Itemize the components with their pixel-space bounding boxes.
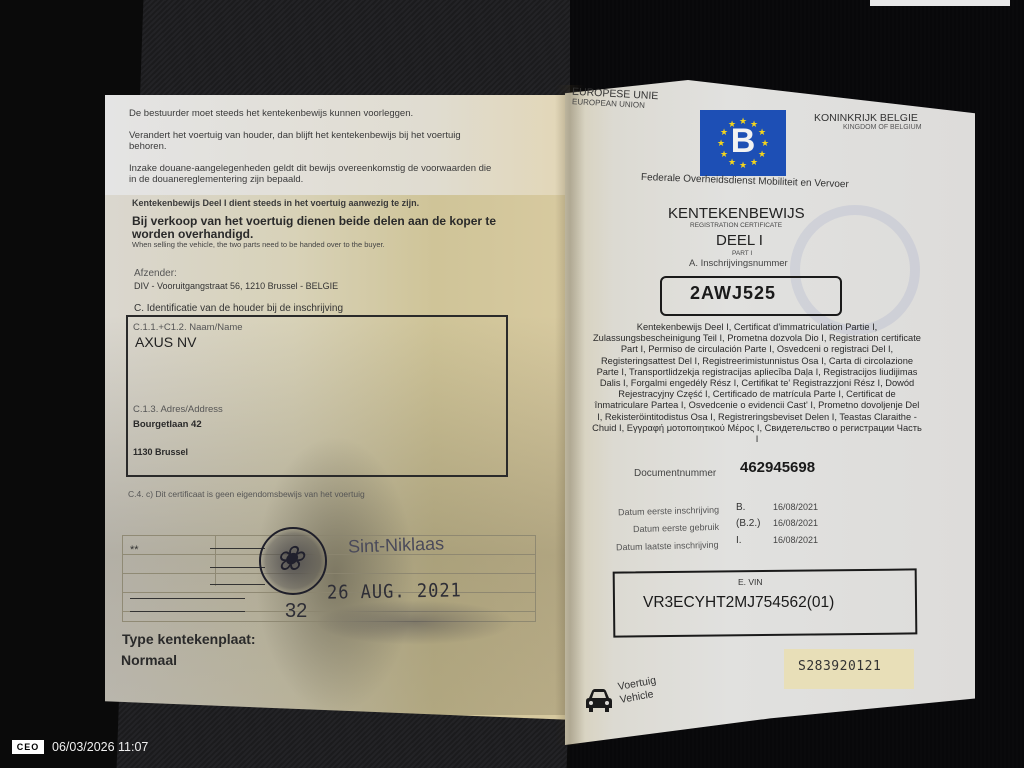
stamp-marker: ** bbox=[130, 544, 139, 556]
camera-timestamp-overlay: CEO 06/03/2026 11:07 bbox=[12, 739, 148, 755]
document-number-label: Documentnummer bbox=[634, 468, 716, 479]
eu-star-icon: ★ bbox=[750, 158, 758, 167]
intro-line: Inzake douane-aangelegenheden geldt dit … bbox=[129, 163, 491, 174]
stamp-smudge bbox=[315, 600, 515, 645]
intro-line: behoren. bbox=[129, 141, 167, 152]
holder-address-label: C.1.3. Adres/Address bbox=[133, 404, 223, 415]
seal-emblem-icon: ❀ bbox=[275, 539, 304, 579]
eu-star-icon: ★ bbox=[728, 158, 736, 167]
eu-star-icon: ★ bbox=[758, 150, 766, 159]
capture-timestamp: 06/03/2026 11:07 bbox=[52, 740, 148, 754]
date-code: I. bbox=[736, 535, 742, 546]
holder-name-value: AXUS NV bbox=[135, 334, 196, 350]
reg-number: 2AWJ525 bbox=[690, 283, 776, 304]
plate-type-label: Type kentekenplaat: bbox=[122, 631, 256, 647]
intro-line: in de douanereglementering zijn bepaald. bbox=[129, 174, 303, 185]
notice-sale-line1: Bij verkoop van het voertuig dienen beid… bbox=[132, 214, 496, 228]
plate-type-value: Normaal bbox=[121, 652, 177, 668]
c4-note: C.4. c) Dit certificaat is geen eigendom… bbox=[128, 489, 365, 499]
holder-address-line2: 1130 Brussel bbox=[133, 447, 188, 457]
date-value: 16/08/2021 bbox=[773, 535, 818, 545]
fold-crease bbox=[555, 85, 585, 745]
official-seal-stamp: ❀ bbox=[259, 527, 327, 595]
notice-sale-en: When selling the vehicle, the two parts … bbox=[132, 240, 385, 249]
document-title: KENTEKENBEWIJS bbox=[668, 205, 805, 222]
vin-number: VR3ECYHT2MJ754562(01) bbox=[643, 594, 834, 612]
intro-line: Verandert het voertuig van houder, dan b… bbox=[129, 130, 461, 141]
country-code: B bbox=[700, 122, 786, 161]
document-part: DEEL I bbox=[716, 232, 763, 249]
notice-keep-in-vehicle: Kentekenbewijs Deel I dient steeds in he… bbox=[132, 198, 419, 208]
stamp-city: Sint-Niklaas bbox=[348, 533, 445, 557]
vin-label: E. VIN bbox=[738, 577, 763, 587]
date-code: B. bbox=[736, 502, 745, 513]
multilanguage-title-block: Kentekenbewijs Deel I, Certificat d'imma… bbox=[592, 322, 922, 445]
date-value: 16/08/2021 bbox=[773, 502, 818, 512]
kingdom-en: KINGDOM OF BELGIUM bbox=[843, 124, 922, 131]
sender-label: Afzender: bbox=[134, 268, 177, 279]
date-value: 16/08/2021 bbox=[773, 518, 818, 528]
intro-line: De bestuurder moet steeds het kentekenbe… bbox=[129, 108, 413, 119]
document-part-en: PART I bbox=[732, 250, 752, 257]
eu-star-icon: ★ bbox=[720, 128, 728, 137]
eu-flag-belgium-icon: B ★ ★ ★ ★ ★ ★ ★ ★ ★ ★ ★ ★ bbox=[700, 110, 786, 176]
eu-star-icon: ★ bbox=[739, 161, 747, 170]
kingdom-nl: KONINKRIJK BELGIE bbox=[814, 112, 918, 124]
reg-number-label: A. Inschrijvingsnummer bbox=[689, 258, 788, 269]
camera-logo-icon: CEO bbox=[12, 740, 44, 754]
stamp-number: 32 bbox=[285, 600, 307, 623]
eu-star-icon: ★ bbox=[758, 128, 766, 137]
eu-star-icon: ★ bbox=[739, 117, 747, 126]
sender-value: DIV - Vooruitgangstraat 56, 1210 Brussel… bbox=[134, 281, 338, 291]
eu-star-icon: ★ bbox=[720, 150, 728, 159]
document-title-en: REGISTRATION CERTIFICATE bbox=[690, 222, 782, 229]
holder-address-line1: Bourgetlaan 42 bbox=[133, 419, 202, 430]
document-number: 462945698 bbox=[740, 459, 815, 476]
eu-star-icon: ★ bbox=[728, 120, 736, 129]
date-code: (B.2.) bbox=[736, 518, 760, 529]
background-paper-corner bbox=[870, 0, 1010, 6]
serial-number: S283920121 bbox=[798, 659, 881, 674]
section-c-label: C. Identificatie van de houder bij de in… bbox=[134, 303, 343, 314]
eu-star-icon: ★ bbox=[717, 139, 725, 148]
notice-sale-line2: worden overhandigd. bbox=[132, 227, 253, 241]
eu-star-icon: ★ bbox=[761, 139, 769, 148]
car-icon bbox=[583, 684, 615, 716]
holder-name-label: C.1.1.+C1.2. Naam/Name bbox=[133, 322, 243, 333]
eu-star-icon: ★ bbox=[750, 120, 758, 129]
